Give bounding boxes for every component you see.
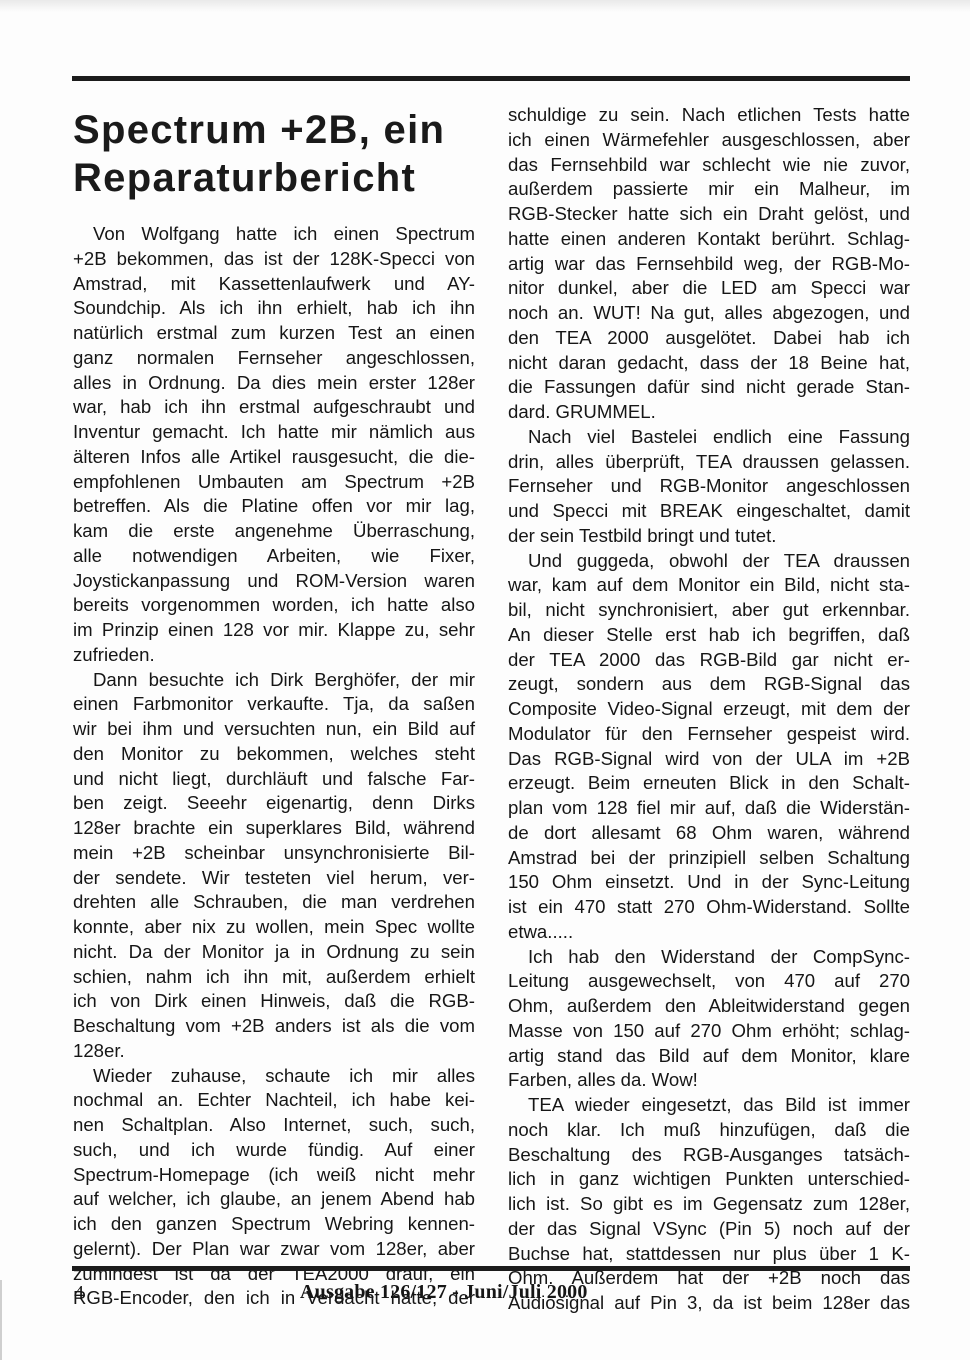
text-line: Soundchip. Als ich ihn erhielt, hab ich …: [73, 296, 475, 321]
text-line: drin, alles überprüft, TEA draussen gela…: [508, 450, 910, 475]
text-line: kam die erste angenehme Überraschung,: [73, 519, 475, 544]
text-line: der TEA 2000 das RGB-Bild gar nicht er-: [508, 648, 910, 673]
text-line: ganz normalen Fernseher angeschlossen,: [73, 346, 475, 371]
text-line: Nach viel Bastelei endlich eine Fassung: [508, 425, 910, 450]
left-text-column: Von Wolfgang hatte ich einen Spectrum+2B…: [73, 222, 475, 1311]
text-line: Amstrad bei der prinzipiell selben Schal…: [508, 846, 910, 871]
text-line: der sendete. Wir testeten viel herum, ve…: [73, 866, 475, 891]
text-line: 128er.: [73, 1039, 475, 1064]
text-line: ich den ganzen Spectrum Webring kennen-: [73, 1212, 475, 1237]
text-line: auf welcher, ich glaube, an jenem Abend …: [73, 1187, 475, 1212]
text-line: bereits vorgenommen worden, ich hatte al…: [73, 593, 475, 618]
text-line: dard. GRUMMEL.: [508, 400, 910, 425]
text-line: An dieser Stelle erst hab ich begriffen,…: [508, 623, 910, 648]
text-line: lich in ganz wichtigen Punkten unterschi…: [508, 1167, 910, 1192]
text-line: der sein Testbild bringt und tutet.: [508, 524, 910, 549]
text-line: konnte, aber nix zu wollen, mein Spec wo…: [73, 915, 475, 940]
text-line: Joystickanpassung und ROM-Version waren: [73, 569, 475, 594]
text-line: artig stand das Bild auf dem Monitor, kl…: [508, 1044, 910, 1069]
text-line: Spectrum-Homepage (ich weiß nicht mehr: [73, 1163, 475, 1188]
article-title: Spectrum +2B, ein Reparaturbericht: [73, 106, 493, 202]
text-line: der das Signal VSync (Pin 5) noch auf de…: [508, 1217, 910, 1242]
text-line: nochmal an. Echter Nachteil, ich habe ke…: [73, 1088, 475, 1113]
text-line: nicht daran gedacht, dass der 18 Beine h…: [508, 351, 910, 376]
text-line: Farben, alles da. Wow!: [508, 1068, 910, 1093]
text-line: ist ein 470 statt 270 Ohm-Widerstand. So…: [508, 895, 910, 920]
text-line: noch klar. Ich muß hinzufügen, daß die: [508, 1118, 910, 1143]
text-line: nicht. Da der Monitor ja in Ordnung zu s…: [73, 940, 475, 965]
text-line: Dann besuchte ich Dirk Berghöfer, der mi…: [73, 668, 475, 693]
text-line: ben zeigt. Seeehr eigenartig, denn Dirks: [73, 791, 475, 816]
text-line: alles in Ordnung. Da dies mein erster 12…: [73, 371, 475, 396]
text-line: Ich hab den Widerstand der CompSync-: [508, 945, 910, 970]
text-line: zeugt, sondern aus dem RGB-Signal das: [508, 672, 910, 697]
text-line: empfohlenen Umbauten am Spectrum +2B: [73, 470, 475, 495]
text-line: Buchse hat, stattdessen nur plus über 1 …: [508, 1242, 910, 1267]
text-line: ich einen Wärmefehler ausgeschlossen, ab…: [508, 128, 910, 153]
text-line: etwa.....: [508, 920, 910, 945]
text-line: gelernt). Der Plan war zwar vom 128er, a…: [73, 1237, 475, 1262]
text-line: bil, nicht synchronisiert, aber gut erke…: [508, 598, 910, 623]
text-line: Inventur gemacht. Ich hatte mir nämlich …: [73, 420, 475, 445]
text-line: erzeugt. Beim erneuten Blick in den Scha…: [508, 771, 910, 796]
page-number: 4: [74, 1282, 84, 1305]
text-line: Von Wolfgang hatte ich einen Spectrum: [73, 222, 475, 247]
text-line: außerdem passierte mir ein Malheur, im: [508, 177, 910, 202]
text-line: und Specci mit BREAK eingeschaltet, dami…: [508, 499, 910, 524]
text-line: RGB-Stecker hatte sich ein Draht gelöst,…: [508, 202, 910, 227]
text-line: schien, nahm ich ihn mit, außerdem erhie…: [73, 965, 475, 990]
text-line: plan vom 128 fiel mir auf, daß die Wider…: [508, 796, 910, 821]
text-line: de dort allesamt 68 Ohm waren, während: [508, 821, 910, 846]
text-line: Amstrad, mit Kassettenlaufwerk und AY-: [73, 272, 475, 297]
text-line: Ohm, außerdem den Ableitwiderstand gegen: [508, 994, 910, 1019]
text-line: TEA wieder eingesetzt, das Bild ist imme…: [508, 1093, 910, 1118]
scan-edge: [0, 1280, 2, 1360]
text-line: wir bei ihm und versuchten nun, ein Bild…: [73, 717, 475, 742]
text-line: im Prinzip einen 128 vor mir. Klappe zu,…: [73, 618, 475, 643]
text-line: artig war das Fernsehbild weg, der RGB-M…: [508, 252, 910, 277]
header-rule: [72, 76, 910, 81]
text-line: alle notwendigen Arbeiten, wie Fixer,: [73, 544, 475, 569]
text-line: den TEA 2000 ausgelötet. Dabei hab ich: [508, 326, 910, 351]
text-line: drehten alle Schrauben, die man verdrehe…: [73, 890, 475, 915]
text-line: betreffen. Als die Platine offen vor mir…: [73, 494, 475, 519]
text-line: war, kam auf dem Monitor ein Bild, nicht…: [508, 573, 910, 598]
text-line: ich von Dirk einen Hinweis, daß die RGB-: [73, 989, 475, 1014]
text-line: älteren Infos alle Artikel rausgesucht, …: [73, 445, 475, 470]
footer-rule: [72, 1266, 910, 1271]
text-line: Fernseher und RGB-Monitor angeschlossen: [508, 474, 910, 499]
text-line: Masse von 150 auf 270 Ohm erhöht; schlag…: [508, 1019, 910, 1044]
text-line: nen Schaltplan. Also Internet, such, suc…: [73, 1113, 475, 1138]
text-line: noch an. WUT! Na gut, alles abgezogen, u…: [508, 301, 910, 326]
text-line: die Fassungen dafür sind nicht gerade St…: [508, 375, 910, 400]
text-line: nitor dunkel, aber die LED am Specci war: [508, 276, 910, 301]
text-line: und nicht liegt, durchläuft und falsche …: [73, 767, 475, 792]
text-line: das Fernsehbild war schlecht wie nie zuv…: [508, 153, 910, 178]
text-line: Das RGB-Signal wird von der ULA im +2B: [508, 747, 910, 772]
title-line-1: Spectrum +2B, ein: [73, 108, 445, 152]
text-line: +2B bekommen, das ist der 128K-Specci vo…: [73, 247, 475, 272]
text-line: such, und ich wurde fündig. Auf einer: [73, 1138, 475, 1163]
issue-label: Ausgabe 126/127 - Juni/Juli 2000: [300, 1281, 588, 1304]
text-line: Beschaltung vom +2B anders ist als die v…: [73, 1014, 475, 1039]
text-line: 150 Ohm einsetzt. Und in der Sync-Leitun…: [508, 870, 910, 895]
text-line: natürlich erstmal zum kurzen Test an ein…: [73, 321, 475, 346]
text-line: Und guggeda, obwohl der TEA draussen: [508, 549, 910, 574]
title-line-2: Reparaturbericht: [73, 156, 416, 200]
text-line: 128er brachte ein superklares Bild, währ…: [73, 816, 475, 841]
text-line: den Monitor zu bekommen, welches steht: [73, 742, 475, 767]
text-line: schuldige zu sein. Nach etlichen Tests h…: [508, 103, 910, 128]
text-line: Beschaltung des RGB-Ausganges tatsäch-: [508, 1143, 910, 1168]
text-line: mein +2B scheinbar unsynchronisierte Bil…: [73, 841, 475, 866]
text-line: einen Farbmonitor verkaufte. Tja, da saß…: [73, 692, 475, 717]
text-line: Wieder zuhause, schaute ich mir alles: [73, 1064, 475, 1089]
text-line: lich ist. So gibt es im Gegensatz zum 12…: [508, 1192, 910, 1217]
text-line: war, hab ich ihn erstmal aufgeschraubt u…: [73, 395, 475, 420]
right-text-column: schuldige zu sein. Nach etlichen Tests h…: [508, 103, 910, 1316]
text-line: Modulator für den Fernseher gespeist wir…: [508, 722, 910, 747]
text-line: Leitung ausgewechselt, von 470 auf 270: [508, 969, 910, 994]
scan-top-shade: [0, 0, 970, 12]
text-line: Composite Video-Signal erzeugt, mit dem …: [508, 697, 910, 722]
text-line: zufrieden.: [73, 643, 475, 668]
text-line: hatte einen anderen Kontakt berührt. Sch…: [508, 227, 910, 252]
